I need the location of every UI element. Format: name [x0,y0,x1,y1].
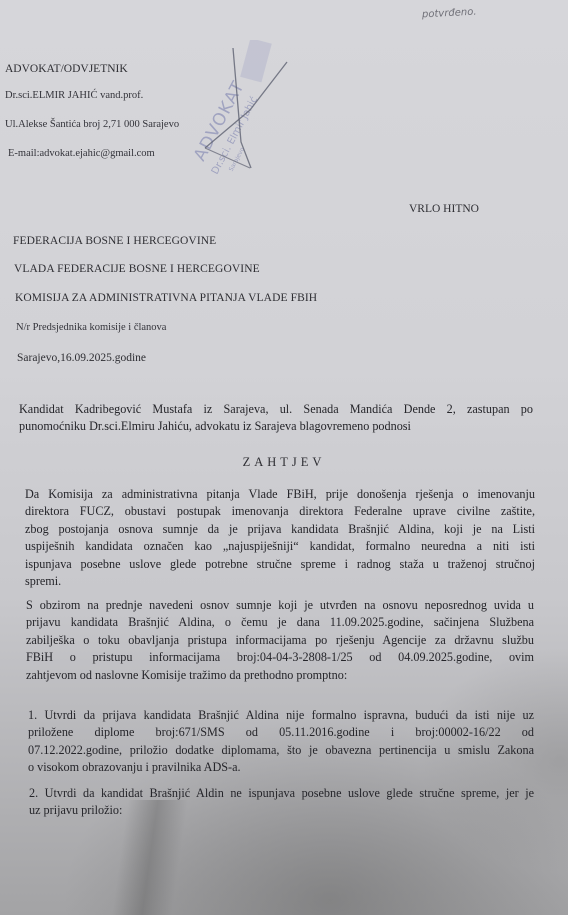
recipient-government: VLADA FEDERACIJE BOSNE I HERCEGOVINE [14,263,260,275]
recipient-attention: N/r Predsjednika komisije i članova [16,322,166,333]
sender-email: E-mail:advokat.ejahic@gmail.com [8,148,155,159]
document-title: ZAHTJEV [0,455,568,470]
urgency-label: VRLO HITNO [409,203,479,215]
intro-paragraph: Kandidat Kadribegović Mustafa iz Sarajev… [19,401,533,436]
request-item-2: 2. Utvrdi da kandidat Brašnjić Aldin ne … [29,785,534,820]
paragraph-line: zahtjevom od naslovne Komisije tražimo d… [26,667,534,684]
paragraph-line: S obzirom na prednje navedeni osnov sumn… [26,597,534,614]
paragraph-line: ispunjava posebne uslove glede potrebne … [25,556,535,573]
paragraph-line: FBiH o pristupu informacijama broj:04-04… [26,649,534,666]
paragraph-line: zbog postojanja osnova sumnje da je prij… [25,521,535,538]
paragraph-line: spremi. [25,573,535,590]
recipient-federation: FEDERACIJA BOSNE I HERCEGOVINE [13,235,216,247]
recipient-commission: KOMISIJA ZA ADMINISTRATIVNA PITANJA VLAD… [15,292,317,304]
request-paragraph: Da Komisija za administrativna pitanja V… [25,486,535,590]
sender-name: Dr.sci.ELMIR JAHIĆ vand.prof. [5,90,143,101]
sender-address: Ul.Alekse Šantića broj 2,71 000 Sarajevo [5,119,179,130]
item-line: 1. Utvrdi da prijava kandidata Brašnjić … [28,707,534,724]
request-item-1: 1. Utvrdi da prijava kandidata Brašnjić … [28,707,534,777]
sender-title: ADVOKAT/ODVJETNIK [5,63,128,75]
paragraph-line: prijavu kandidata Brašnjić Aldina, o čem… [26,614,534,631]
paragraph-line: zabilješka o toku obavljanja pristupa in… [26,632,534,649]
grounds-paragraph: S obzirom na prednje navedeni osnov sumn… [26,597,534,684]
paragraph-line: Da Komisija za administrativna pitanja V… [25,486,535,503]
document-date: Sarajevo,16.09.2025.godine [17,352,146,364]
intro-line: Kandidat Kadribegović Mustafa iz Sarajev… [19,401,533,418]
paragraph-line: uspiješnih kandidata označen kao „najusp… [25,538,535,555]
item-line: 2. Utvrdi da kandidat Brašnjić Aldin ne … [29,785,534,802]
paragraph-line: direktora FUCZ, obustavi postupak imenov… [25,503,535,520]
item-line: uz prijavu priložio: [29,802,534,819]
item-line: 07.12.2022.godine, priložio dodatke dipl… [28,742,534,759]
item-line: o visokom obrazovanju i pravilnika ADS-a… [28,759,534,776]
item-line: priložene diplome broj:671/SMS od 05.11.… [28,724,534,741]
intro-line: punomoćniku Dr.sci.Elmiru Jahiću, advoka… [19,418,533,435]
